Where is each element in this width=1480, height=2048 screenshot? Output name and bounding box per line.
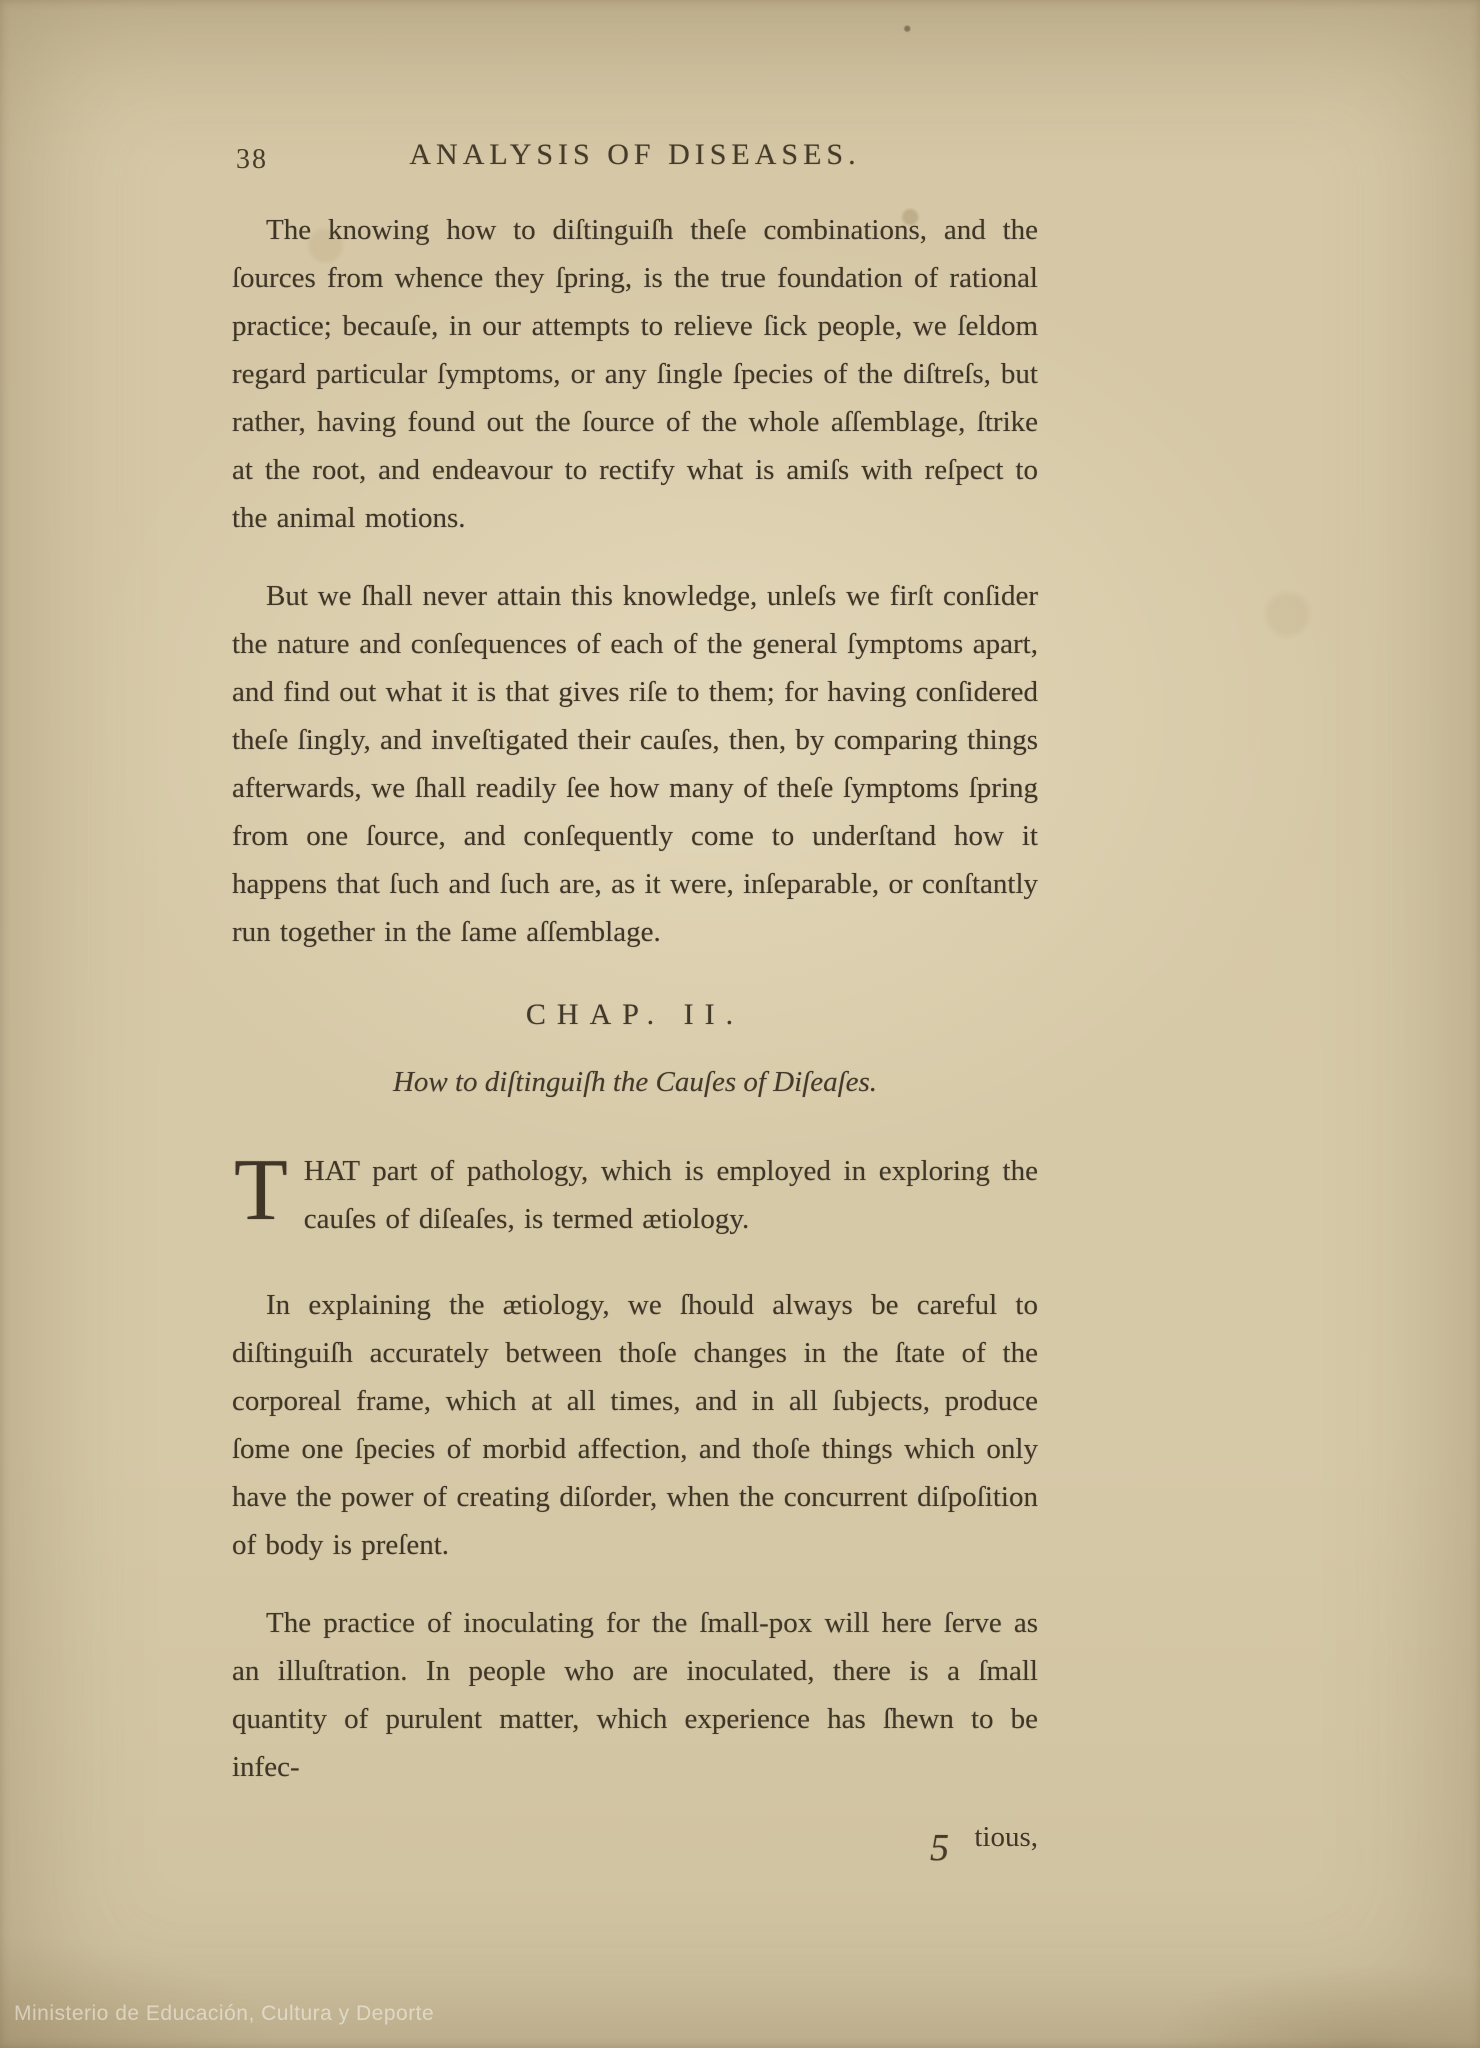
library-watermark: Ministerio de Educación, Cultura y Depor… bbox=[14, 2002, 434, 2026]
paragraph-smallpox-inoculation: The practice of inoculating for the ſmal… bbox=[232, 1599, 1038, 1791]
paragraph-combinations: The knowing how to diſtinguiſh theſe com… bbox=[232, 206, 1038, 542]
paragraph-aetiology-text: HAT part of pathology, which is employed… bbox=[304, 1155, 1038, 1235]
catchword: tious, bbox=[232, 1821, 1038, 1854]
chapter-heading: CHAP. II. bbox=[232, 998, 1038, 1032]
text-column: The knowing how to diſtinguiſh theſe com… bbox=[232, 206, 1038, 1854]
paragraph-explaining-aetiology: In explaining the ætiology, we ſhould al… bbox=[232, 1281, 1038, 1569]
chapter-subtitle: How to diſtinguiſh the Cauſes of Diſeaſe… bbox=[232, 1066, 1038, 1099]
running-title: ANALYSIS OF DISEASES. bbox=[232, 138, 1038, 172]
signature-mark: 5 bbox=[930, 1826, 949, 1870]
drop-cap-letter: T bbox=[234, 1153, 288, 1229]
paragraph-knowledge: But we ſhall never attain this knowledge… bbox=[232, 572, 1038, 956]
paragraph-aetiology: THAT part of pathology, which is employe… bbox=[232, 1147, 1038, 1243]
scanned-book-page: 38 ANALYSIS OF DISEASES. The knowing how… bbox=[0, 0, 1480, 2048]
